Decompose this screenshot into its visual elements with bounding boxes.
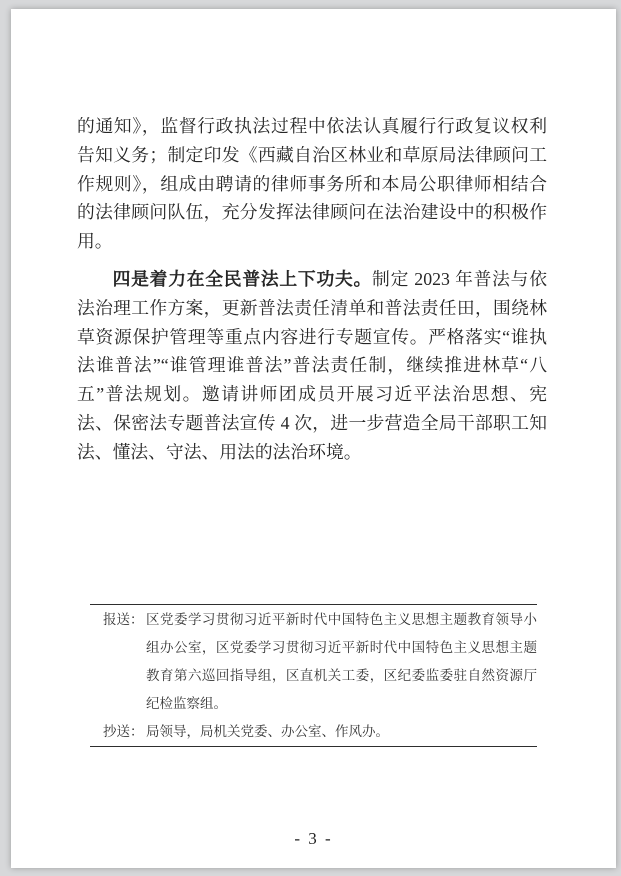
- document-page: 的通知》，监督行政执法过程中依法认真履行行政复议权利告知义务；制定印发《西藏自治…: [11, 9, 616, 868]
- paragraph-lead-bold: 四是着力在全民普法上下功夫。: [113, 269, 372, 289]
- baosong-row: 报送： 区党委学习贯彻习近平新时代中国特色主义思想主题教育领导小组办公室，区党委…: [90, 606, 537, 718]
- baosong-text: 区党委学习贯彻习近平新时代中国特色主义思想主题教育领导小组办公室，区党委学习贯彻…: [146, 606, 537, 718]
- chaosong-text: 局领导，局机关党委、办公室、作风办。: [146, 718, 537, 746]
- paragraph-body-text: 制定 2023 年普法与依法治理工作方案，更新普法责任清单和普法责任田，围绕林草…: [77, 269, 547, 462]
- page-number: - 3 -: [11, 829, 616, 849]
- document-body: 的通知》，监督行政执法过程中依法认真履行行政复议权利告知义务；制定印发《西藏自治…: [77, 112, 547, 467]
- chaosong-label: 抄送：: [103, 718, 146, 746]
- paragraph-continuation: 的通知》，监督行政执法过程中依法认真履行行政复议权利告知义务；制定印发《西藏自治…: [77, 112, 547, 256]
- chaosong-row: 抄送： 局领导，局机关党委、办公室、作风办。: [90, 718, 537, 746]
- distribution-block: 报送： 区党委学习贯彻习近平新时代中国特色主义思想主题教育领导小组办公室，区党委…: [90, 604, 537, 747]
- baosong-label: 报送：: [103, 606, 146, 718]
- paragraph-item-four: 四是着力在全民普法上下功夫。制定 2023 年普法与依法治理工作方案，更新普法责…: [77, 265, 547, 467]
